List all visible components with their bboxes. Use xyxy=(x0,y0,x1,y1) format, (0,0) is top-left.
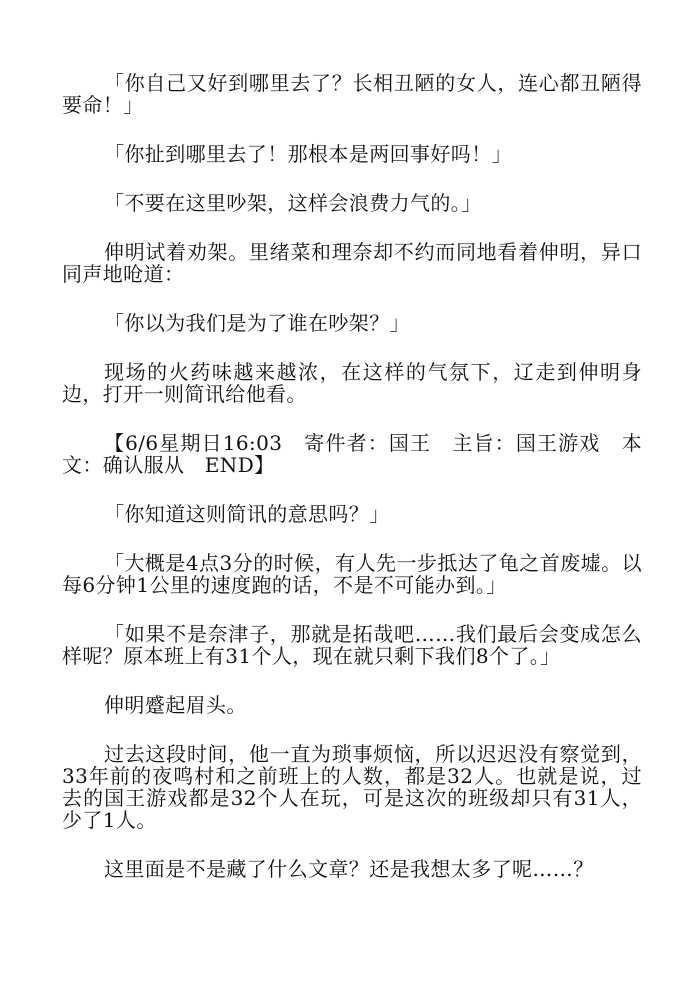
paragraph-9: 「大概是4点3分的时候，有人先一步抵达了龟之首废墟。以每6分钟1公里的速度跑的话… xyxy=(62,552,642,596)
paragraph-6: 现场的火药味越来越浓，在这样的气氛下，辽走到伸明身边，打开一则简讯给他看。 xyxy=(62,361,642,405)
paragraph-11: 伸明蹙起眉头。 xyxy=(62,694,642,716)
paragraph-1: 「你自己又好到哪里去了？长相丑陋的女人，连心都丑陋得要命！」 xyxy=(62,72,642,116)
paragraph-13: 这里面是不是藏了什么文章？还是我想太多了呢……？ xyxy=(62,858,642,880)
document-page: 「你自己又好到哪里去了？长相丑陋的女人，连心都丑陋得要命！」 「你扯到哪里去了！… xyxy=(62,72,642,907)
paragraph-3: 「不要在这里吵架，这样会浪费力气的。」 xyxy=(62,192,642,214)
paragraph-10: 「如果不是奈津子，那就是拓哉吧……我们最后会变成怎么样呢？原本班上有31个人，现… xyxy=(62,623,642,667)
paragraph-4: 伸明试着劝架。里绪菜和理奈却不约而同地看着伸明，异口同声地呛道： xyxy=(62,241,642,285)
paragraph-8: 「你知道这则简讯的意思吗？」 xyxy=(62,503,642,525)
paragraph-2: 「你扯到哪里去了！那根本是两回事好吗！」 xyxy=(62,143,642,165)
text-message-quote: 【6/6星期日16:03 寄件者：国王 主旨：国王游戏 本文：确认服从 END】 xyxy=(62,432,642,476)
paragraph-5: 「你以为我们是为了谁在吵架？」 xyxy=(62,312,642,334)
paragraph-12: 过去这段时间，他一直为琐事烦恼，所以迟迟没有察觉到，33年前的夜鸣村和之前班上的… xyxy=(62,743,642,831)
